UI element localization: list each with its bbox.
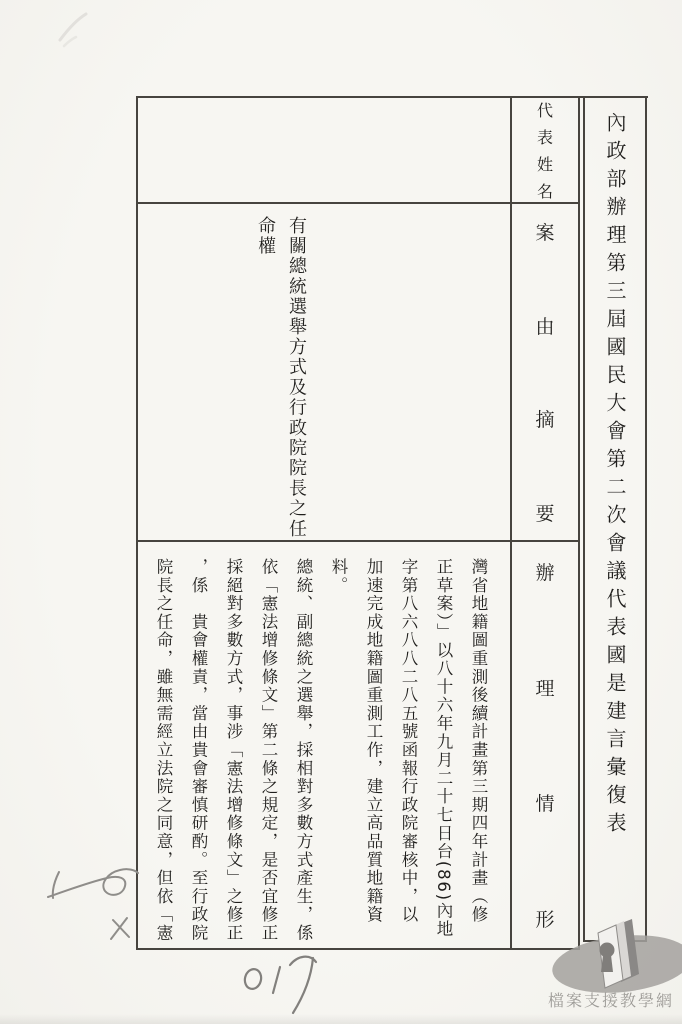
handwritten-page-number — [235, 945, 345, 1020]
handling-status-header-text: 辦理情形 — [512, 558, 578, 932]
pencil-smudge-topleft — [50, 6, 100, 54]
grid-line — [645, 96, 647, 942]
column-header-representative-name: 代表姓名 — [512, 98, 578, 202]
handling-status-cell: 灣省地籍圖重測後續計畫第三期四年計畫（修 正草案）」以八十六年九月二十七日台(8… — [138, 542, 508, 948]
report-title: 內政部辦理第三屆國民大會第二次會議代表國是建言彙復表 — [600, 112, 630, 840]
archives-watermark-text: 檔案支援教學網 — [548, 988, 678, 1011]
case-summary-text: 有關總統選舉方式及行政院院長之任 命權 — [250, 216, 312, 546]
case-summary-header-text: 案由摘要 — [512, 218, 578, 526]
scanned-document-page: 內政部辦理第三屆國民大會第二次會議代表國是建言彙復表 代表姓名 案由摘要 辦理情… — [0, 0, 682, 1024]
case-summary-cell: 有關總統選舉方式及行政院院長之任 命權 — [138, 204, 508, 540]
report-title-cell: 內政部辦理第三屆國民大會第二次會議代表國是建言彙復表 — [585, 98, 645, 940]
column-header-handling-status: 辦理情形 — [512, 542, 578, 948]
pencil-scribble — [45, 860, 155, 945]
representative-name-cell — [138, 98, 508, 202]
grid-line — [578, 96, 580, 950]
representative-name-header-text: 代表姓名 — [512, 98, 578, 202]
column-header-case-summary: 案由摘要 — [512, 204, 578, 540]
handling-status-text: 灣省地籍圖重測後續計畫第三期四年計畫（修 正草案）」以八十六年九月二十七日台(8… — [146, 558, 496, 950]
